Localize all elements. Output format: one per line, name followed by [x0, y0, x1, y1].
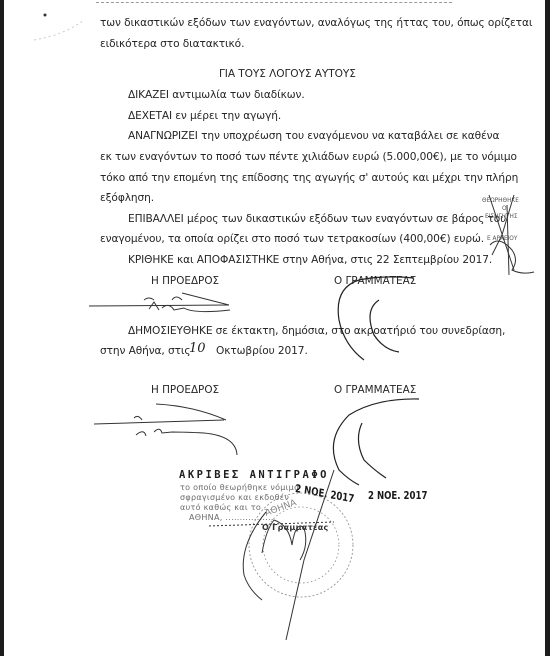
side-stamp-line-4: Ε ΑΡΧΕΙΟΥ	[487, 236, 517, 242]
president-signature-1	[89, 293, 230, 312]
copy-stamp-title: ΑΚΡΙΒΕΣ ΑΝΤΙΓΡΑΦΟ	[179, 469, 329, 481]
document-page: των δικαστικών εξόδων των εναγόντων, ανα…	[4, 0, 545, 656]
side-signature	[489, 195, 534, 275]
intro-line-2: ειδικότερα στο διατακτικό.	[100, 38, 244, 50]
section-heading: ΓΙΑ ΤΟΥΣ ΛΟΓΟΥΣ ΑΥΤΟΥΣ	[219, 68, 356, 80]
top-dashed-rule	[96, 2, 452, 3]
secretary-signature-2	[333, 399, 419, 485]
date-stamp-1: 2 ΝΟΕ. 2017	[295, 482, 355, 505]
secretary-label-2: Ο ΓΡΑΜΜΑΤΕΑΣ	[334, 384, 416, 396]
faint-seal-trace	[34, 20, 84, 40]
recognizes-line-2: εκ των εναγόντων το ποσό των πέντε χιλιά…	[100, 151, 517, 163]
copy-stamp-line-5: Ο Γραμματέας	[262, 523, 329, 532]
speck	[44, 14, 47, 17]
recognizes-line-4: εξόφληση.	[100, 192, 154, 204]
copy-stamp-line-4: ΑΘΗΝΑ, .................	[189, 513, 274, 522]
ruling-judges: ΔΙΚΑΖΕΙ αντιμωλία των διαδίκων.	[128, 89, 305, 101]
copy-stamp-line-1: το οποίο θεωρήθηκε νόμιμα	[180, 483, 300, 492]
published-line-2a: στην Αθήνα, στις	[100, 345, 190, 357]
secretary-label-1: Ο ΓΡΑΜΜΑΤΕΑΣ	[334, 275, 416, 287]
recognizes-line-1: ΑΝΑΓΝΩΡΙΖΕΙ την υποχρέωση του εναγόμενου…	[128, 130, 499, 142]
secretary-signature-1	[338, 277, 414, 360]
decided-line: ΚΡΙΘΗΚΕ και ΑΠΟΦΑΣΙΣΤΗΚΕ στην Αθήνα, στι…	[128, 254, 492, 266]
published-line-2b: Οκτωβρίου 2017.	[216, 345, 308, 357]
copy-stamp-line-2: σφραγισμένο και εκδοθέν	[180, 493, 289, 502]
recognizes-line-3: τόκο από την επομένη της επίδοσης της αγ…	[100, 172, 518, 184]
side-stamp-line-1: ΘΕΩΡΗΘΗΚΕ	[482, 198, 519, 204]
president-label-2: Η ΠΡΟΕΔΡΟΣ	[151, 384, 219, 396]
president-signature-2	[94, 404, 237, 455]
ruling-accepts: ΔΕΧΕΤΑΙ εν μέρει την αγωγή.	[128, 110, 281, 122]
imposes-line-2: εναγομένου, τα οποία ορίζει στο ποσό των…	[100, 233, 484, 245]
published-line-1: ΔΗΜΟΣΙΕΥΘΗΚΕ σε έκτακτη, δημόσια, στο ακ…	[128, 325, 505, 337]
side-stamp-line-3: ΕΙΣΗΓΗΤΗΣ	[485, 214, 518, 220]
handwritten-day: 10	[189, 341, 206, 356]
imposes-line-1: ΕΠΙΒΑΛΛΕΙ μέρος των δικαστικών εξόδων τω…	[128, 213, 506, 225]
side-stamp-line-2: Ο	[502, 206, 507, 212]
president-label-1: Η ΠΡΟΕΔΡΟΣ	[151, 275, 219, 287]
date-stamp-2: 2 ΝΟΕ. 2017	[368, 489, 427, 502]
intro-line-1: των δικαστικών εξόδων των εναγόντων, ανα…	[100, 17, 532, 29]
copy-stamp-line-3: αυτό καθώς και το ...	[180, 503, 272, 512]
